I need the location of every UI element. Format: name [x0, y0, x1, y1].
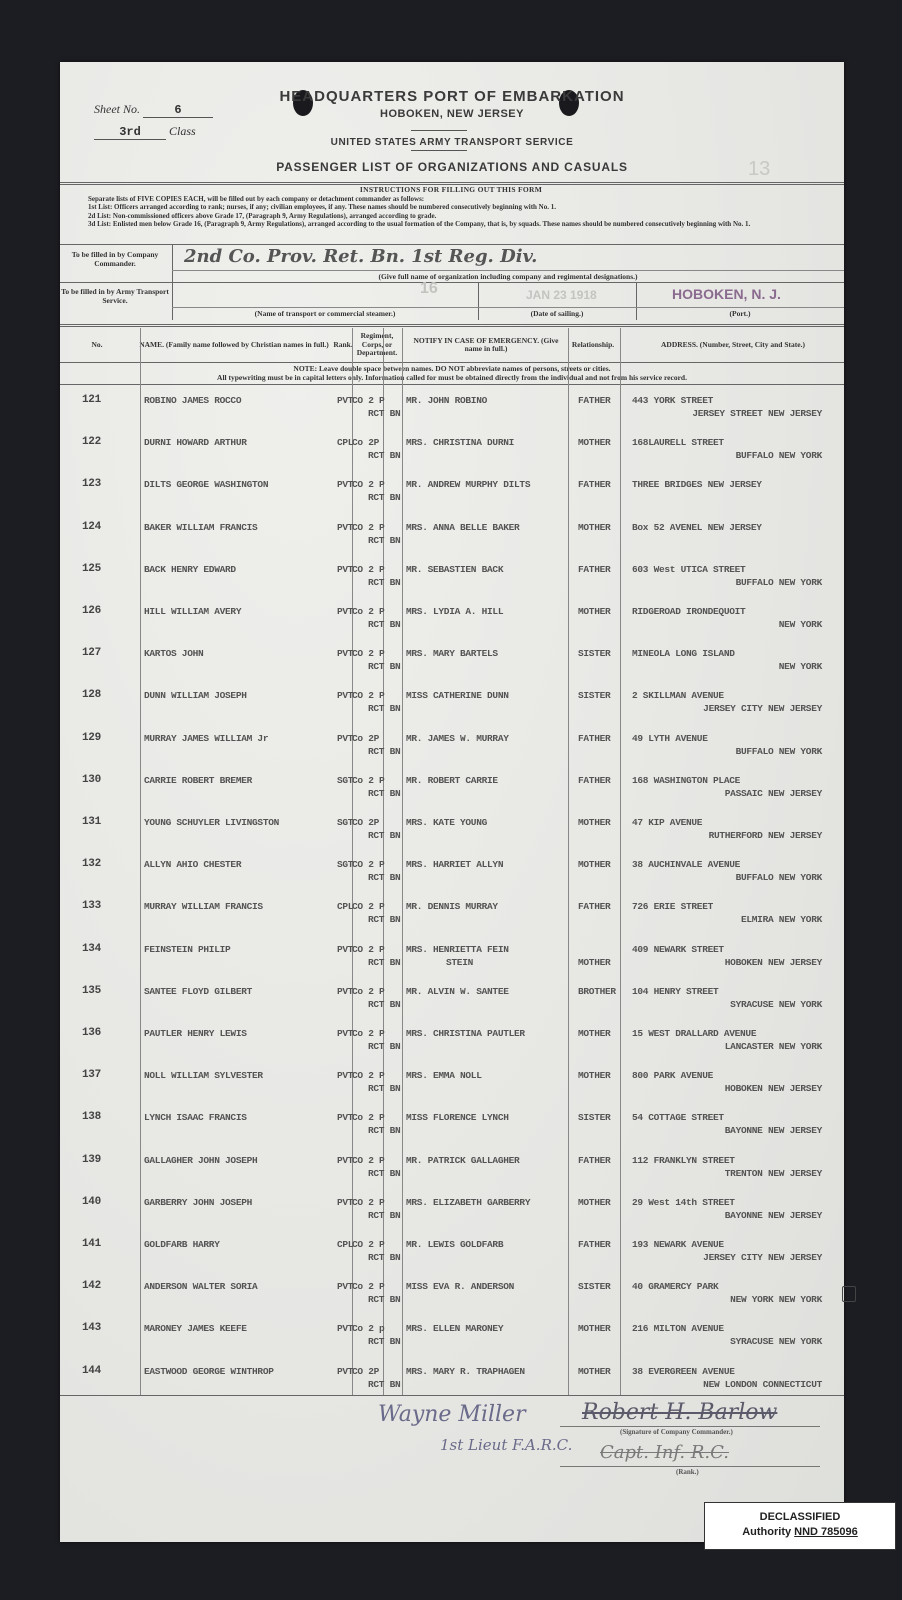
- service-name: UNITED STATES ARMY TRANSPORT SERVICE: [60, 137, 844, 148]
- passenger-name: KARTOS JOHN: [144, 648, 203, 659]
- rank: PVT: [337, 1197, 353, 1208]
- regiment-unit: RCT BN: [368, 408, 400, 419]
- row-number: 132: [82, 858, 101, 870]
- divider: [60, 384, 844, 385]
- table-row: 125BACK HENRY EDWARDPVTCO 2 PRCT BNMR. S…: [60, 563, 844, 606]
- emergency-contact-cont: STEIN: [446, 957, 473, 968]
- regiment: CO 2P: [352, 817, 379, 828]
- divider: [60, 182, 844, 183]
- table-row: 142ANDERSON WALTER SORIAPVTCo 2 PRCT BNM…: [60, 1280, 844, 1323]
- emergency-contact: MR. JOHN ROBINO: [406, 395, 487, 406]
- row-number: 144: [82, 1365, 101, 1377]
- row-number: 134: [82, 943, 101, 955]
- regiment-unit: RCT BN: [368, 1294, 400, 1305]
- address-line-2: ELMIRA NEW YORK: [741, 914, 822, 925]
- address-line-1: 49 LYTH AVENUE: [632, 733, 708, 744]
- table-row: 128DUNN WILLIAM JOSEPHPVTCO 2 PRCT BNMIS…: [60, 689, 844, 732]
- column-header-relationship: Relationship.: [568, 328, 618, 362]
- emergency-contact: MISS CATHERINE DUNN: [406, 690, 509, 701]
- row-number: 126: [82, 605, 101, 617]
- address-line-2: LANCASTER NEW YORK: [725, 1041, 822, 1052]
- regiment: Co 2P: [352, 733, 379, 744]
- page-marker: [842, 1286, 856, 1302]
- address-line-2: RUTHERFORD NEW JERSEY: [709, 830, 822, 841]
- row-number: 136: [82, 1027, 101, 1039]
- table-row: 127KARTOS JOHNPVTCO 2 PRCT BNMRS. MARY B…: [60, 647, 844, 690]
- row-number: 124: [82, 521, 101, 533]
- rank: PVT: [337, 1366, 353, 1377]
- relationship: MOTHER: [578, 957, 610, 968]
- company-label: To be filled in by Company Commander.: [60, 250, 170, 268]
- note-line-2: All typewriting must be in capital lette…: [60, 373, 844, 382]
- typing-note: NOTE: Leave double space between names. …: [60, 364, 844, 382]
- regiment: Co 2 P: [352, 775, 384, 786]
- list-title: PASSENGER LIST OF ORGANIZATIONS AND CASU…: [60, 160, 844, 174]
- address-line-2: NEW YORK NEW YORK: [730, 1294, 822, 1305]
- rank-line: [560, 1466, 820, 1467]
- rank-caption: (Rank.): [676, 1468, 699, 1476]
- signature-line: [560, 1426, 820, 1427]
- relationship: BROTHER: [578, 986, 616, 997]
- address-line-1: THREE BRIDGES NEW JERSEY: [632, 479, 762, 490]
- relationship: MOTHER: [578, 606, 610, 617]
- passenger-name: MURRAY JAMES WILLIAM Jr: [144, 733, 268, 744]
- emergency-contact: MRS. CHRISTINA DURNI: [406, 437, 514, 448]
- emergency-contact: MR. SEBASTIEN BACK: [406, 564, 503, 575]
- commander-rank: Capt. Inf. R.C.: [600, 1442, 729, 1463]
- address-line-2: TRENTON NEW JERSEY: [725, 1168, 822, 1179]
- emergency-contact: MRS. HENRIETTA FEIN: [406, 944, 509, 955]
- address-line-1: 168LAURELL STREET: [632, 437, 724, 448]
- address-line-1: 168 WASHINGTON PLACE: [632, 775, 740, 786]
- relationship: MOTHER: [578, 1197, 610, 1208]
- regiment: CO 2 P: [352, 395, 384, 406]
- rank: PVT: [337, 1155, 353, 1166]
- rank: PVT: [337, 606, 353, 617]
- row-number: 131: [82, 816, 101, 828]
- instructions-list2: 2d List: Non-commissioned officers above…: [68, 212, 834, 221]
- table-row: 122DURNI HOWARD ARTHURCPLCo 2PRCT BNMRS.…: [60, 436, 844, 479]
- relationship: SISTER: [578, 1281, 610, 1292]
- emergency-contact: MRS. LYDIA A. HILL: [406, 606, 503, 617]
- regiment-unit: RCT BN: [368, 872, 400, 883]
- passenger-name: LYNCH ISAAC FRANCIS: [144, 1112, 247, 1123]
- regiment-unit: RCT BN: [368, 1336, 400, 1347]
- address-line-1: 216 MILTON AVENUE: [632, 1323, 724, 1334]
- regiment-unit: RCT BN: [368, 999, 400, 1010]
- organization-row: To be filled in by Company Commander. 2n…: [60, 244, 844, 282]
- regiment-unit: RCT BN: [368, 450, 400, 461]
- commander-signature: Robert H. Barlow: [582, 1400, 777, 1425]
- relationship: MOTHER: [578, 1366, 610, 1377]
- regiment: Co 2P: [352, 437, 379, 448]
- table-row: 131YOUNG SCHUYLER LIVINGSTONSGTCO 2PRCT …: [60, 816, 844, 859]
- passenger-list-document: Sheet No. 6 3rd Class HEADQUARTERS PORT …: [60, 62, 844, 1542]
- emergency-contact: MISS EVA R. ANDERSON: [406, 1281, 514, 1292]
- address-line-1: 443 YORK STREET: [632, 395, 713, 406]
- address-line-2: BUFFALO NEW YORK: [736, 746, 822, 757]
- regiment-unit: RCT BN: [368, 703, 400, 714]
- corner-number: 13: [748, 158, 770, 181]
- emergency-contact: MR. DENNIS MURRAY: [406, 901, 498, 912]
- column-header-regiment: Regiment, Corps, or Department.: [354, 328, 400, 362]
- rank: PVT: [337, 1070, 353, 1081]
- address-line-2: BUFFALO NEW YORK: [736, 872, 822, 883]
- port-stamp: HOBOKEN, N. J.: [672, 286, 781, 302]
- table-row: 141GOLDFARB HARRYCPLCO 2 PRCT BNMR. LEWI…: [60, 1238, 844, 1281]
- address-line-2: JERSEY CITY NEW JERSEY: [703, 703, 822, 714]
- passenger-name: MARONEY JAMES KEEFE: [144, 1323, 247, 1334]
- passenger-name: DILTS GEORGE WASHINGTON: [144, 479, 268, 490]
- passenger-name: DUNN WILLIAM JOSEPH: [144, 690, 247, 701]
- divider: [411, 150, 467, 151]
- passenger-name: MURRAY WILLIAM FRANCIS: [144, 901, 263, 912]
- relationship: MOTHER: [578, 1070, 610, 1081]
- address-line-2: HOBOKEN NEW JERSEY: [725, 957, 822, 968]
- address-line-2: JERSEY STREET NEW JERSEY: [692, 408, 822, 419]
- address-line-1: 409 NEWARK STREET: [632, 944, 724, 955]
- rank: PVT: [337, 733, 353, 744]
- address-line-1: MINEOLA LONG ISLAND: [632, 648, 735, 659]
- row-number: 129: [82, 732, 101, 744]
- address-line-1: 40 GRAMERCY PARK: [632, 1281, 718, 1292]
- passenger-name: GOLDFARB HARRY: [144, 1239, 220, 1250]
- address-line-1: 38 AUCHINVALE AVENUE: [632, 859, 740, 870]
- rank: PVT: [337, 1028, 353, 1039]
- table-row: 139GALLAGHER JOHN JOSEPHPVTCO 2 PRCT BNM…: [60, 1154, 844, 1197]
- regiment-unit: RCT BN: [368, 1252, 400, 1263]
- document-title: HEADQUARTERS PORT OF EMBARKATION: [60, 88, 844, 105]
- table-row: 123DILTS GEORGE WASHINGTONPVTCO 2 PRCT B…: [60, 478, 844, 521]
- regiment-unit: RCT BN: [368, 788, 400, 799]
- column-header-rank: Rank.: [334, 328, 352, 362]
- divider: [60, 362, 844, 363]
- regiment-unit: RCT BN: [368, 661, 400, 672]
- address-line-1: 193 NEWARK AVENUE: [632, 1239, 724, 1250]
- relationship: FATHER: [578, 733, 610, 744]
- relationship: SISTER: [578, 648, 610, 659]
- table-row: 135SANTEE FLOYD GILBERTPVTCo 2 PRCT BNMR…: [60, 985, 844, 1028]
- regiment-unit: RCT BN: [368, 619, 400, 630]
- passenger-name: ALLYN AHIO CHESTER: [144, 859, 241, 870]
- rank: PVT: [337, 1281, 353, 1292]
- regiment: Co 2 P: [352, 1112, 384, 1123]
- relationship: SISTER: [578, 1112, 610, 1123]
- document-location: HOBOKEN, NEW JERSEY: [60, 108, 844, 120]
- regiment: CO 2 P: [352, 564, 384, 575]
- relationship: FATHER: [578, 1155, 610, 1166]
- emergency-contact: MRS. HARRIET ALLYN: [406, 859, 503, 870]
- row-number: 127: [82, 647, 101, 659]
- row-number: 137: [82, 1069, 101, 1081]
- relationship: FATHER: [578, 775, 610, 786]
- address-line-2: PASSAIC NEW JERSEY: [725, 788, 822, 799]
- relationship: MOTHER: [578, 1028, 610, 1039]
- address-line-1: RIDGEROAD IRONDEQUOIT: [632, 606, 745, 617]
- emergency-contact: MR. JAMES W. MURRAY: [406, 733, 509, 744]
- regiment: CO 2 P: [352, 648, 384, 659]
- emergency-contact: MRS. MARY R. TRAPHAGEN: [406, 1366, 525, 1377]
- address-line-2: BUFFALO NEW YORK: [736, 577, 822, 588]
- relationship: SISTER: [578, 690, 610, 701]
- row-number: 121: [82, 394, 101, 406]
- address-line-1: 726 ERIE STREET: [632, 901, 713, 912]
- divider: [60, 324, 844, 325]
- address-line-1: 15 WEST DRALLARD AVENUE: [632, 1028, 756, 1039]
- rank: PVT: [337, 986, 353, 997]
- relationship: FATHER: [578, 901, 610, 912]
- address-line-2: JERSEY CITY NEW JERSEY: [703, 1252, 822, 1263]
- rank: SGT: [337, 817, 353, 828]
- divider: [172, 307, 844, 308]
- regiment: CO 2 P: [352, 479, 384, 490]
- divider: [411, 130, 467, 131]
- table-row: 137NOLL WILLIAM SYLVESTERPVTCO 2 PRCT BN…: [60, 1069, 844, 1112]
- passenger-name: GARBERRY JOHN JOSEPH: [144, 1197, 252, 1208]
- regiment: CO 2 P: [352, 522, 384, 533]
- organization-caption: (Give full name of organization includin…: [172, 272, 844, 281]
- officer-rank: 1st Lieut F.A.R.C.: [440, 1436, 572, 1454]
- authority-number: NND 785096: [794, 1526, 858, 1538]
- rank: PVT: [337, 395, 353, 406]
- regiment-unit: RCT BN: [368, 1125, 400, 1136]
- table-row: 130CARRIE ROBERT BREMERSGTCo 2 PRCT BNMR…: [60, 774, 844, 817]
- regiment: CO 2 P: [352, 690, 384, 701]
- emergency-contact: MRS. ANNA BELLE BAKER: [406, 522, 519, 533]
- regiment: CO 2P: [352, 1366, 379, 1377]
- instructions-title: INSTRUCTIONS FOR FILLING OUT THIS FORM: [68, 186, 834, 195]
- transport-row: To be filled in by Army Transport Servic…: [60, 282, 844, 320]
- address-line-1: 112 FRANKLYN STREET: [632, 1155, 735, 1166]
- relationship: MOTHER: [578, 522, 610, 533]
- table-row: 134FEINSTEIN PHILIPPVTCO 2 PRCT BNMRS. H…: [60, 943, 844, 986]
- address-line-1: 38 EVERGREEN AVENUE: [632, 1366, 735, 1377]
- emergency-contact: MR. LEWIS GOLDFARB: [406, 1239, 503, 1250]
- row-number: 133: [82, 900, 101, 912]
- regiment: Co 2 P: [352, 1028, 384, 1039]
- emergency-contact: MRS. ELLEN MARONEY: [406, 1323, 503, 1334]
- relationship: FATHER: [578, 1239, 610, 1250]
- passenger-name: PAUTLER HENRY LEWIS: [144, 1028, 247, 1039]
- address-line-1: 47 KIP AVENUE: [632, 817, 702, 828]
- regiment-unit: RCT BN: [368, 746, 400, 757]
- regiment: CO 2 P: [352, 1197, 384, 1208]
- rank: CPL: [337, 1239, 353, 1250]
- row-number: 142: [82, 1280, 101, 1292]
- emergency-contact: MRS. CHRISTINA PAUTLER: [406, 1028, 525, 1039]
- table-row: 140GARBERRY JOHN JOSEPHPVTCO 2 PRCT BNMR…: [60, 1196, 844, 1239]
- regiment: Co 2 P: [352, 986, 384, 997]
- column-header-name: NAME. (Family name followed by Christian…: [134, 328, 334, 362]
- passenger-name: YOUNG SCHUYLER LIVINGSTON: [144, 817, 279, 828]
- instructions-list3: 3d List: Enlisted men below Grade 16, (P…: [68, 220, 834, 229]
- declassified-label: DECLASSIFIED Authority NND 785096: [704, 1502, 896, 1550]
- table-row: 126HILL WILLIAM AVERYPVTCo 2 PRCT BNMRS.…: [60, 605, 844, 648]
- regiment: CO 2 P: [352, 1239, 384, 1250]
- address-line-1: 2 SKILLMAN AVENUE: [632, 690, 724, 701]
- declassified-text: DECLASSIFIED: [705, 1511, 895, 1523]
- rank: CPL: [337, 437, 353, 448]
- table-row: 124BAKER WILLIAM FRANCISPVTCO 2 PRCT BNM…: [60, 521, 844, 564]
- emergency-contact: MR. ALVIN W. SANTEE: [406, 986, 509, 997]
- rank: PVT: [337, 1112, 353, 1123]
- divider: [60, 326, 844, 327]
- table-row: 136PAUTLER HENRY LEWISPVTCo 2 PRCT BNMRS…: [60, 1027, 844, 1070]
- regiment-unit: RCT BN: [368, 1210, 400, 1221]
- relationship: MOTHER: [578, 817, 610, 828]
- passenger-name: BAKER WILLIAM FRANCIS: [144, 522, 257, 533]
- passenger-name: GALLAGHER JOHN JOSEPH: [144, 1155, 257, 1166]
- relationship: MOTHER: [578, 859, 610, 870]
- passenger-name: ROBINO JAMES ROCCO: [144, 395, 241, 406]
- instructions-list1: 1st List: Officers arranged according to…: [68, 203, 834, 212]
- passenger-name: CARRIE ROBERT BREMER: [144, 775, 252, 786]
- regiment-unit: RCT BN: [368, 577, 400, 588]
- rank: PVT: [337, 479, 353, 490]
- rank: SGT: [337, 859, 353, 870]
- passenger-name: DURNI HOWARD ARTHUR: [144, 437, 247, 448]
- column-header-notify: NOTIFY IN CASE OF EMERGENCY. (Give name …: [404, 328, 568, 362]
- emergency-contact: MISS FLORENCE LYNCH: [406, 1112, 509, 1123]
- rank: SGT: [337, 775, 353, 786]
- address-line-2: NEW LONDON CONNECTICUT: [703, 1379, 822, 1390]
- instructions-intro: Separate lists of FIVE COPIES EACH, will…: [68, 195, 834, 204]
- relationship: FATHER: [578, 564, 610, 575]
- passenger-name: FEINSTEIN PHILIP: [144, 944, 230, 955]
- row-number: 138: [82, 1111, 101, 1123]
- passenger-name: HILL WILLIAM AVERY: [144, 606, 241, 617]
- organization-value: 2nd Co. Prov. Ret. Bn. 1st Reg. Div.: [184, 246, 537, 267]
- address-line-1: 603 West UTICA STREET: [632, 564, 745, 575]
- rank: CPL: [337, 901, 353, 912]
- rank: PVT: [337, 944, 353, 955]
- officer-signature: Wayne Miller: [378, 1402, 526, 1427]
- passenger-name: BACK HENRY EDWARD: [144, 564, 236, 575]
- rank: PVT: [337, 564, 353, 575]
- row-number: 141: [82, 1238, 101, 1250]
- row-number: 128: [82, 689, 101, 701]
- commander-caption: (Signature of Company Commander.): [620, 1428, 733, 1436]
- table-row: 138LYNCH ISAAC FRANCISPVTCo 2 PRCT BNMIS…: [60, 1111, 844, 1154]
- address-line-2: NEW YORK: [779, 619, 822, 630]
- address-line-2: NEW YORK: [779, 661, 822, 672]
- address-line-1: Box 52 AVENEL NEW JERSEY: [632, 522, 762, 533]
- table-row: 121ROBINO JAMES ROCCOPVTCO 2 PRCT BNMR. …: [60, 394, 844, 437]
- regiment-unit: RCT BN: [368, 492, 400, 503]
- divider: [172, 270, 844, 271]
- regiment-unit: RCT BN: [368, 914, 400, 925]
- address-line-1: 54 COTTAGE STREET: [632, 1112, 724, 1123]
- relationship: FATHER: [578, 395, 610, 406]
- row-number: 135: [82, 985, 101, 997]
- row-number: 130: [82, 774, 101, 786]
- class-label: Class: [169, 124, 196, 138]
- sailing-caption: (Date of sailing.): [478, 309, 636, 318]
- divider: [60, 1395, 844, 1396]
- note-line-1: NOTE: Leave double space between names. …: [60, 364, 844, 373]
- emergency-contact: MR. ROBERT CARRIE: [406, 775, 498, 786]
- row-number: 122: [82, 436, 101, 448]
- rank: PVT: [337, 648, 353, 659]
- emergency-contact: MRS. KATE YOUNG: [406, 817, 487, 828]
- address-line-2: BAYONNE NEW JERSEY: [725, 1125, 822, 1136]
- regiment-unit: RCT BN: [368, 957, 400, 968]
- regiment: Co 2 P: [352, 1281, 384, 1292]
- rank: PVT: [337, 690, 353, 701]
- authority-label: Authority: [742, 1526, 791, 1538]
- emergency-contact: MR. PATRICK GALLAGHER: [406, 1155, 519, 1166]
- address-line-1: 29 West 14th STREET: [632, 1197, 735, 1208]
- row-number: 125: [82, 563, 101, 575]
- passenger-name: NOLL WILLIAM SYLVESTER: [144, 1070, 263, 1081]
- regiment: CO 2 P: [352, 1070, 384, 1081]
- emergency-contact: MRS. EMMA NOLL: [406, 1070, 482, 1081]
- rank: PVT: [337, 1323, 353, 1334]
- row-number: 123: [82, 478, 101, 490]
- row-number: 143: [82, 1322, 101, 1334]
- passenger-name: SANTEE FLOYD GILBERT: [144, 986, 252, 997]
- transport-label: To be filled in by Army Transport Servic…: [60, 287, 170, 305]
- regiment: CO 2 P: [352, 1155, 384, 1166]
- relationship: MOTHER: [578, 437, 610, 448]
- column-header-address: ADDRESS. (Number, Street, City and State…: [622, 328, 844, 362]
- emergency-contact: MR. ANDREW MURPHY DILTS: [406, 479, 530, 490]
- transport-value: 16: [420, 280, 438, 298]
- regiment-unit: RCT BN: [368, 830, 400, 841]
- table-row: 143MARONEY JAMES KEEFEPVTCo 2 pRCT BNMRS…: [60, 1322, 844, 1365]
- passenger-name: ANDERSON WALTER SORIA: [144, 1281, 257, 1292]
- sailing-date: JAN 23 1918: [526, 288, 597, 302]
- address-line-1: 800 PARK AVENUE: [632, 1070, 713, 1081]
- instructions-block: INSTRUCTIONS FOR FILLING OUT THIS FORM S…: [68, 186, 834, 229]
- address-line-1: 104 HENRY STREET: [632, 986, 718, 997]
- address-line-2: HOBOKEN NEW JERSEY: [725, 1083, 822, 1094]
- regiment: Co 2 P: [352, 606, 384, 617]
- table-row: 133MURRAY WILLIAM FRANCISCPLCO 2 PRCT BN…: [60, 900, 844, 943]
- regiment-unit: RCT BN: [368, 1041, 400, 1052]
- emergency-contact: MRS. ELIZABETH GARBERRY: [406, 1197, 530, 1208]
- emergency-contact: MRS. MARY BARTELS: [406, 648, 498, 659]
- row-number: 140: [82, 1196, 101, 1208]
- regiment: Co 2 p: [352, 1323, 384, 1334]
- column-header-no: No.: [60, 328, 134, 362]
- address-line-2: BUFFALO NEW YORK: [736, 450, 822, 461]
- address-line-2: BAYONNE NEW JERSEY: [725, 1210, 822, 1221]
- regiment-unit: RCT BN: [368, 1379, 400, 1390]
- regiment: CO 2 P: [352, 901, 384, 912]
- table-row: 132ALLYN AHIO CHESTERSGTCO 2 PRCT BNMRS.…: [60, 858, 844, 901]
- passenger-name: EASTWOOD GEORGE WINTHROP: [144, 1366, 274, 1377]
- regiment-unit: RCT BN: [368, 1083, 400, 1094]
- relationship: FATHER: [578, 479, 610, 490]
- port-caption: (Port.): [636, 309, 844, 318]
- relationship: MOTHER: [578, 1323, 610, 1334]
- address-line-2: SYRACUSE NEW YORK: [730, 999, 822, 1010]
- row-number: 139: [82, 1154, 101, 1166]
- rank: PVT: [337, 522, 353, 533]
- address-line-2: SYRACUSE NEW YORK: [730, 1336, 822, 1347]
- regiment: CO 2 P: [352, 859, 384, 870]
- regiment-unit: RCT BN: [368, 535, 400, 546]
- transport-caption: (Name of transport or commercial steamer…: [172, 309, 478, 318]
- regiment-unit: RCT BN: [368, 1168, 400, 1179]
- regiment: CO 2 P: [352, 944, 384, 955]
- table-row: 129MURRAY JAMES WILLIAM JrPVTCo 2PRCT BN…: [60, 732, 844, 775]
